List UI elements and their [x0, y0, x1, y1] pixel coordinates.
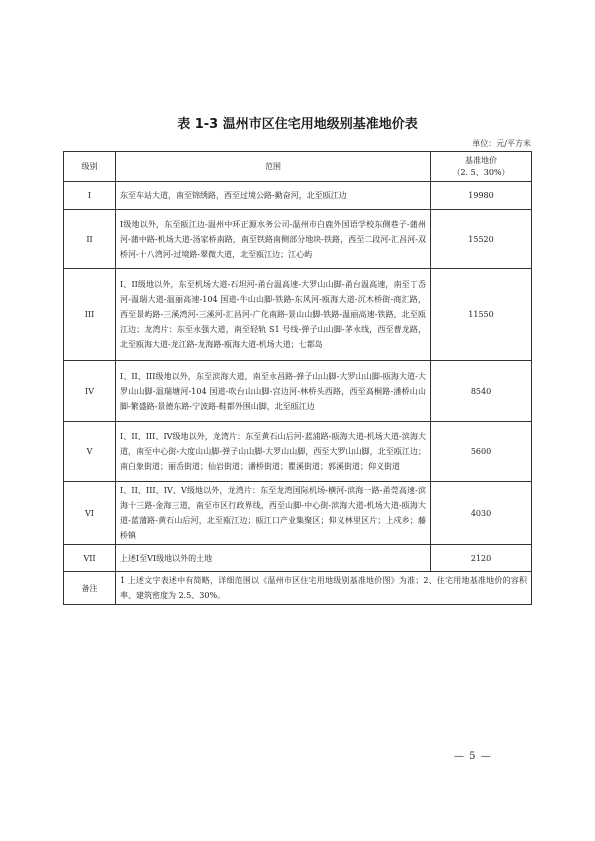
table-row: IV I、II、III级地以外，东至滨海大道，南至永昌路-弹子山山脚-大罗山山脚…	[64, 361, 532, 422]
row-level: V	[64, 422, 116, 482]
table-row: III I、II级地以外，东至机场大道-石坦河-甬台温高速-大罗山山脚-甬台温高…	[64, 269, 532, 361]
row-range: 东至车站大道，南至锦绣路，西至过境公路-勤奋河，北至瓯江边	[116, 182, 431, 210]
row-level: VI	[64, 482, 116, 545]
row-price: 8540	[431, 361, 532, 422]
table-title: 表 1-3 温州市区住宅用地级别基准地价表	[0, 113, 595, 132]
row-price: 19980	[431, 182, 532, 210]
row-level: I	[64, 182, 116, 210]
table-row: V I、II、III、IV级地以外，龙湾片：东至黄石山后河-蓝浦路-瓯海大道-机…	[64, 422, 532, 482]
row-price: 15520	[431, 210, 532, 269]
row-range: I、II、III、IV、V级地以外，龙湾片：东至龙湾国际机场-横河-滨海一路-甬…	[116, 482, 431, 545]
row-level: III	[64, 269, 116, 361]
table-row: I 东至车站大道，南至锦绣路，西至过境公路-勤奋河，北至瓯江边 19980	[64, 182, 532, 210]
row-price: 4030	[431, 482, 532, 545]
notes-label: 备注	[64, 572, 116, 605]
table-header-row: 级别 范围 基准地价 （2. 5、30%）	[64, 152, 532, 182]
row-price: 5600	[431, 422, 532, 482]
row-price: 11550	[431, 269, 532, 361]
table-row: II I级地以外，东至瓯江边-温州中环正源水务公司-温州市白鹿外国语学校东侧巷子…	[64, 210, 532, 269]
header-price-line2: （2. 5、30%）	[431, 167, 531, 179]
header-range: 范围	[116, 152, 431, 182]
row-range: I、II级地以外，东至机场大道-石坦河-甬台温高速-大罗山山脚-甬台温高速，南至…	[116, 269, 431, 361]
row-price: 2120	[431, 545, 532, 572]
row-range: I级地以外，东至瓯江边-温州中环正源水务公司-温州市白鹿外国语学校东侧巷子-蒲州…	[116, 210, 431, 269]
row-range: I、II、III、IV级地以外，龙湾片：东至黄石山后河-蓝浦路-瓯海大道-机场大…	[116, 422, 431, 482]
row-level: VII	[64, 545, 116, 572]
table-row: VII 上述I至VI级地以外的土地 2120	[64, 545, 532, 572]
header-level: 级别	[64, 152, 116, 182]
notes-text: 1 上述文字表述中有简略，详细范围以《温州市区住宅用地级别基准地价图》为准；2、…	[116, 572, 532, 605]
header-price-line1: 基准地价	[431, 155, 531, 167]
header-price: 基准地价 （2. 5、30%）	[431, 152, 532, 182]
notes-row: 备注 1 上述文字表述中有简略，详细范围以《温州市区住宅用地级别基准地价图》为准…	[64, 572, 532, 605]
table-row: VI I、II、III、IV、V级地以外，龙湾片：东至龙湾国际机场-横河-滨海一…	[64, 482, 532, 545]
row-range: 上述I至VI级地以外的土地	[116, 545, 431, 572]
unit-label: 单位：元/平方米	[472, 138, 531, 149]
land-price-table: 级别 范围 基准地价 （2. 5、30%） I 东至车站大道，南至锦绣路，西至过…	[63, 151, 532, 605]
row-range: I、II、III级地以外，东至滨海大道，南至永昌路-弹子山山脚-大罗山山脚-瓯海…	[116, 361, 431, 422]
row-level: II	[64, 210, 116, 269]
page-number: — 5 —	[454, 751, 492, 762]
row-level: IV	[64, 361, 116, 422]
